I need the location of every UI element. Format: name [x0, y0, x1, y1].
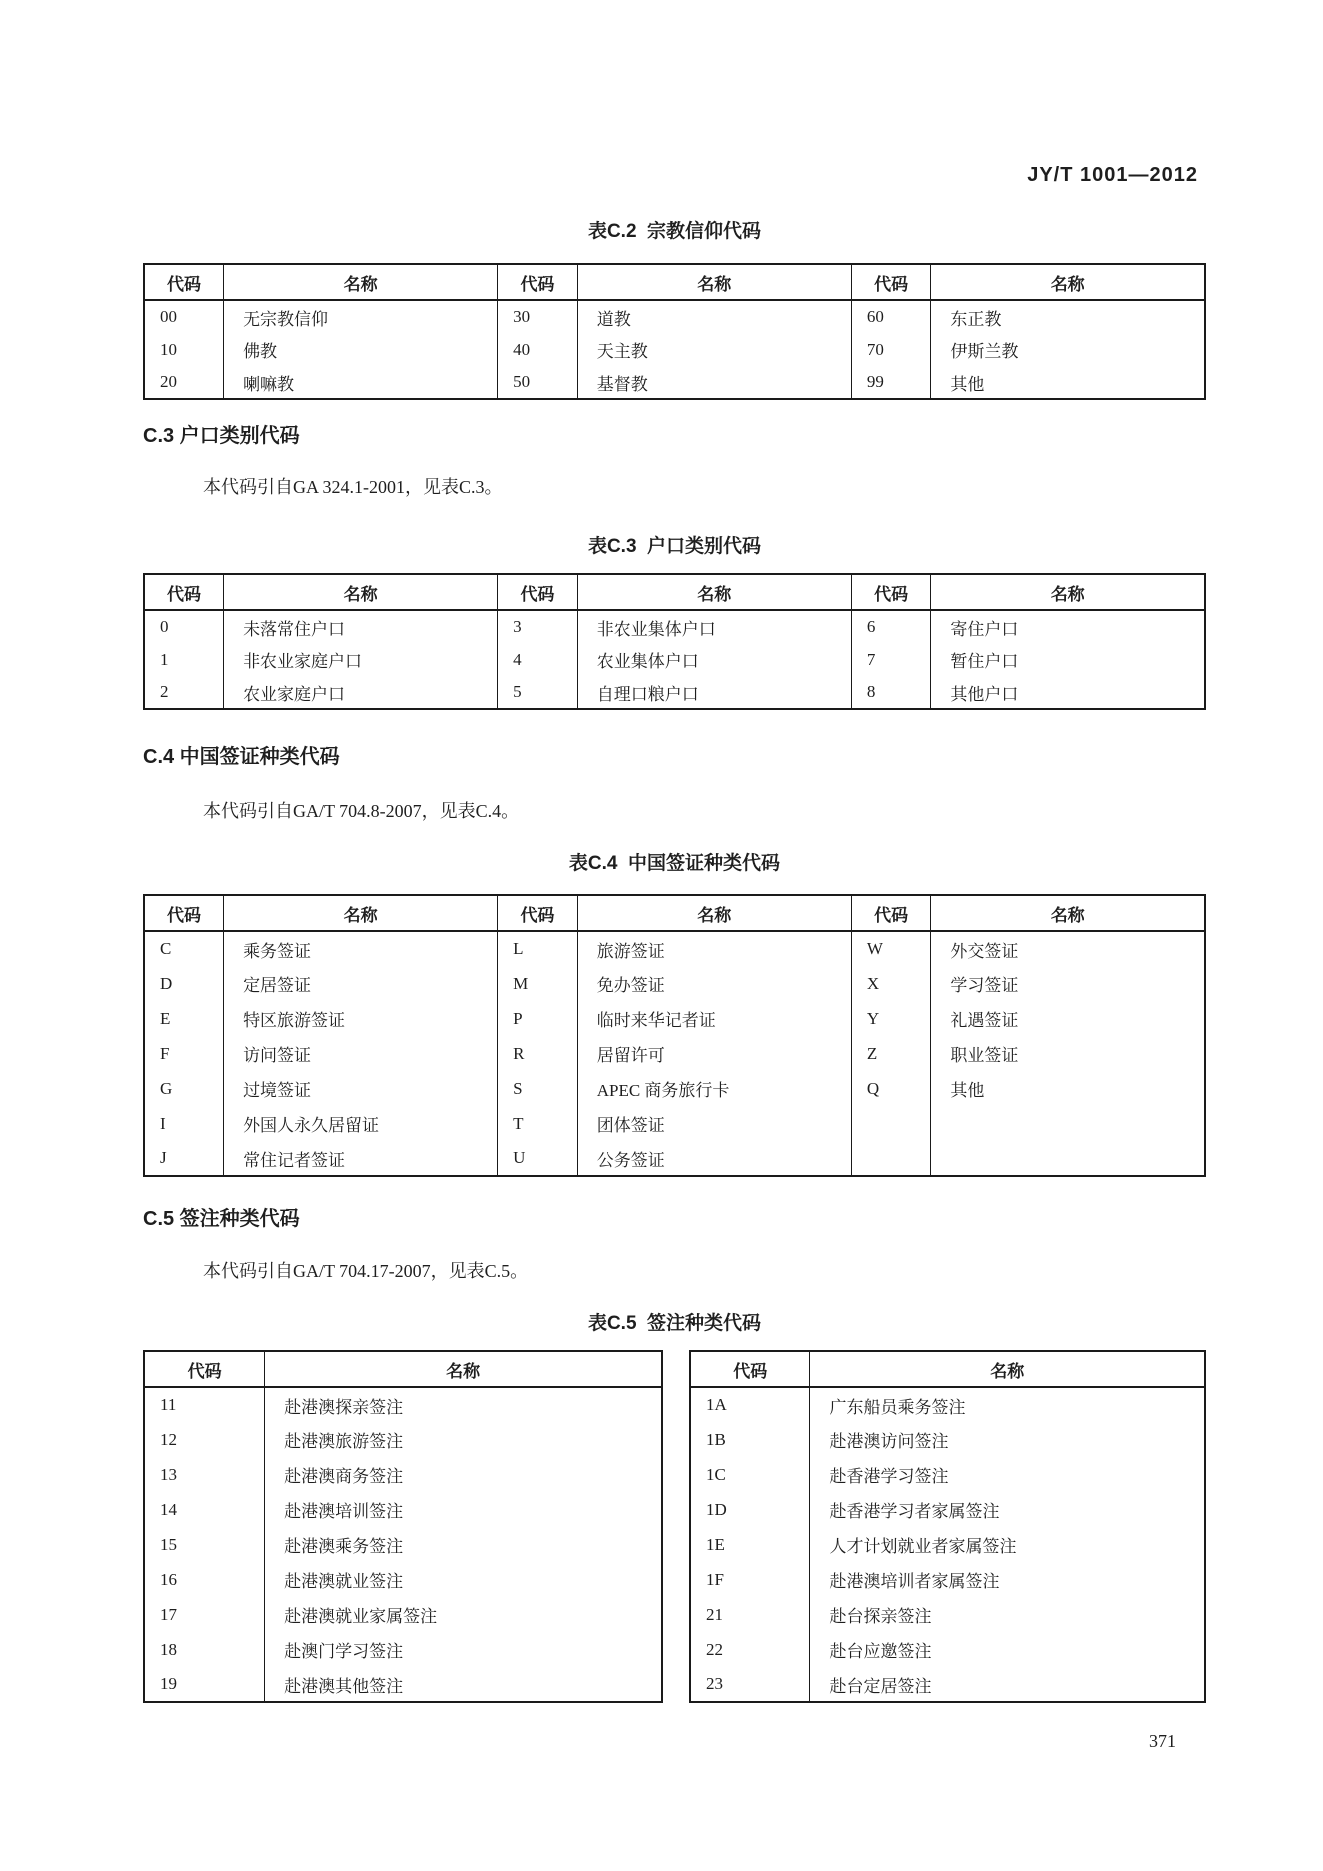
- name-cell: 天主教: [577, 333, 851, 366]
- column-header: 代码: [851, 574, 931, 610]
- table-row: 10佛教40天主教70伊斯兰教: [144, 333, 1205, 366]
- name-cell: 特区旅游签证: [224, 1001, 498, 1036]
- code-cell: 15: [144, 1527, 265, 1562]
- code-cell: 10: [144, 333, 224, 366]
- code-cell: 40: [498, 333, 578, 366]
- column-header: 代码: [144, 264, 224, 300]
- name-cell: 喇嘛教: [224, 366, 498, 399]
- code-cell: 60: [851, 300, 931, 333]
- code-cell: 21: [690, 1597, 810, 1632]
- code-cell: 18: [144, 1632, 265, 1667]
- code-cell: E: [144, 1001, 224, 1036]
- column-header: 名称: [577, 574, 851, 610]
- name-cell: 常住记者签证: [224, 1141, 498, 1176]
- table-c4: 代码名称代码名称代码名称C乘务签证L旅游签证W外交签证D定居签证M免办签证X学习…: [143, 894, 1206, 1177]
- code-cell: 1: [144, 643, 224, 676]
- table-row: I外国人永久居留证T团体签证: [144, 1106, 1205, 1141]
- name-cell: 基督教: [577, 366, 851, 399]
- code-cell: R: [498, 1036, 578, 1071]
- table-c2-title: 表C.2 宗教信仰代码: [143, 220, 1206, 244]
- name-cell: 其他: [931, 1071, 1205, 1106]
- code-cell: 5: [498, 676, 578, 709]
- column-header: 代码: [498, 574, 578, 610]
- name-cell: 道教: [577, 300, 851, 333]
- section-c3-heading: C.3 户口类别代码: [143, 424, 1206, 448]
- name-cell: 赴港澳就业家属签注: [265, 1597, 662, 1632]
- name-cell: 团体签证: [577, 1106, 851, 1141]
- name-cell: 赴港澳访问签注: [810, 1422, 1205, 1457]
- column-header: 代码: [144, 1351, 265, 1387]
- name-cell: 乘务签证: [224, 931, 498, 966]
- code-cell: J: [144, 1141, 224, 1176]
- column-header: 名称: [931, 574, 1205, 610]
- code-cell: 20: [144, 366, 224, 399]
- name-cell: 礼遇签证: [931, 1001, 1205, 1036]
- column-header: 名称: [931, 264, 1205, 300]
- code-cell: 30: [498, 300, 578, 333]
- column-header: 名称: [265, 1351, 662, 1387]
- table-c5-group: 代码名称11赴港澳探亲签注12赴港澳旅游签注13赴港澳商务签注14赴港澳培训签注…: [143, 1350, 1206, 1703]
- name-cell: 学习签证: [931, 966, 1205, 1001]
- table-row: 15赴港澳乘务签注: [144, 1527, 662, 1562]
- name-cell: 非农业集体户口: [577, 610, 851, 643]
- code-cell: 6: [851, 610, 931, 643]
- column-header: 名称: [224, 895, 498, 931]
- name-cell: 赴香港学习签注: [810, 1457, 1205, 1492]
- code-cell: 0: [144, 610, 224, 643]
- name-cell: 赴港澳旅游签注: [265, 1422, 662, 1457]
- table-c5-title: 表C.5 签注种类代码: [143, 1312, 1206, 1336]
- code-cell: 4: [498, 643, 578, 676]
- code-cell: 13: [144, 1457, 265, 1492]
- table-row: 0未落常住户口3非农业集体户口6寄住户口: [144, 610, 1205, 643]
- column-header: 代码: [690, 1351, 810, 1387]
- table-row: 1B赴港澳访问签注: [690, 1422, 1205, 1457]
- name-cell: [931, 1141, 1205, 1176]
- table-row: 1C赴香港学习签注: [690, 1457, 1205, 1492]
- code-cell: 1C: [690, 1457, 810, 1492]
- table-row: J常住记者签证U公务签证: [144, 1141, 1205, 1176]
- column-header: 代码: [851, 264, 931, 300]
- name-cell: 佛教: [224, 333, 498, 366]
- table-row: 2农业家庭户口5自理口粮户口8其他户口: [144, 676, 1205, 709]
- table-row: 18赴澳门学习签注: [144, 1632, 662, 1667]
- header-row: 代码名称代码名称代码名称: [144, 895, 1205, 931]
- name-cell: 赴台定居签注: [810, 1667, 1205, 1702]
- code-cell: U: [498, 1141, 578, 1176]
- name-cell: 农业集体户口: [577, 643, 851, 676]
- table-c4-title: 表C.4 中国签证种类代码: [143, 852, 1206, 876]
- name-cell: 赴港澳就业签注: [265, 1562, 662, 1597]
- name-cell: 赴澳门学习签注: [265, 1632, 662, 1667]
- table-row: E特区旅游签证P临时来华记者证Y礼遇签证: [144, 1001, 1205, 1036]
- code-cell: 23: [690, 1667, 810, 1702]
- name-cell: 赴港澳培训者家属签注: [810, 1562, 1205, 1597]
- header-row: 代码名称代码名称代码名称: [144, 264, 1205, 300]
- name-cell: 职业签证: [931, 1036, 1205, 1071]
- section-c3-intro: 本代码引自GA 324.1-2001，见表C.3。: [143, 476, 1206, 498]
- column-header: 代码: [498, 264, 578, 300]
- table-c2: 代码名称代码名称代码名称00无宗教信仰30道教60东正教10佛教40天主教70伊…: [143, 263, 1206, 400]
- column-header: 代码: [144, 574, 224, 610]
- table-row: 19赴港澳其他签注: [144, 1667, 662, 1702]
- code-cell: 17: [144, 1597, 265, 1632]
- code-cell: F: [144, 1036, 224, 1071]
- header-row: 代码名称: [690, 1351, 1205, 1387]
- table-c5-right: 代码名称1A广东船员乘务签注1B赴港澳访问签注1C赴香港学习签注1D赴香港学习者…: [689, 1350, 1206, 1703]
- code-cell: 50: [498, 366, 578, 399]
- name-cell: 赴台探亲签注: [810, 1597, 1205, 1632]
- name-cell: 人才计划就业者家属签注: [810, 1527, 1205, 1562]
- code-cell: S: [498, 1071, 578, 1106]
- column-header: 代码: [144, 895, 224, 931]
- table-row: 1D赴香港学习者家属签注: [690, 1492, 1205, 1527]
- name-cell: 农业家庭户口: [224, 676, 498, 709]
- code-cell: T: [498, 1106, 578, 1141]
- code-cell: Y: [851, 1001, 931, 1036]
- code-cell: 19: [144, 1667, 265, 1702]
- code-cell: 22: [690, 1632, 810, 1667]
- column-header: 名称: [931, 895, 1205, 931]
- column-header: 代码: [498, 895, 578, 931]
- code-cell: M: [498, 966, 578, 1001]
- column-header: 名称: [224, 264, 498, 300]
- code-cell: Q: [851, 1071, 931, 1106]
- code-cell: 1A: [690, 1387, 810, 1422]
- table-c3-title: 表C.3 户口类别代码: [143, 535, 1206, 559]
- name-cell: 伊斯兰教: [931, 333, 1205, 366]
- page-number: 371: [143, 1730, 1206, 1752]
- document-page: JY/T 1001—2012 表C.2 宗教信仰代码 代码名称代码名称代码名称0…: [0, 0, 1323, 1871]
- name-cell: 赴港澳探亲签注: [265, 1387, 662, 1422]
- name-cell: 未落常住户口: [224, 610, 498, 643]
- code-cell: 12: [144, 1422, 265, 1457]
- table-row: 00无宗教信仰30道教60东正教: [144, 300, 1205, 333]
- code-cell: 1E: [690, 1527, 810, 1562]
- name-cell: 临时来华记者证: [577, 1001, 851, 1036]
- table-row: 20喇嘛教50基督教99其他: [144, 366, 1205, 399]
- code-cell: 00: [144, 300, 224, 333]
- table-row: C乘务签证L旅游签证W外交签证: [144, 931, 1205, 966]
- name-cell: 旅游签证: [577, 931, 851, 966]
- table-row: 23赴台定居签注: [690, 1667, 1205, 1702]
- table-c3: 代码名称代码名称代码名称0未落常住户口3非农业集体户口6寄住户口1非农业家庭户口…: [143, 573, 1206, 710]
- name-cell: 赴台应邀签注: [810, 1632, 1205, 1667]
- name-cell: 赴港澳培训签注: [265, 1492, 662, 1527]
- table-row: 11赴港澳探亲签注: [144, 1387, 662, 1422]
- code-cell: G: [144, 1071, 224, 1106]
- code-cell: 14: [144, 1492, 265, 1527]
- name-cell: 其他户口: [931, 676, 1205, 709]
- section-c4-intro: 本代码引自GA/T 704.8-2007，见表C.4。: [143, 800, 1206, 822]
- header-row: 代码名称代码名称代码名称: [144, 574, 1205, 610]
- code-cell: 70: [851, 333, 931, 366]
- code-cell: C: [144, 931, 224, 966]
- column-header: 名称: [224, 574, 498, 610]
- column-header: 名称: [577, 264, 851, 300]
- code-cell: Z: [851, 1036, 931, 1071]
- table-row: 13赴港澳商务签注: [144, 1457, 662, 1492]
- code-cell: I: [144, 1106, 224, 1141]
- name-cell: 定居签证: [224, 966, 498, 1001]
- column-header: 名称: [810, 1351, 1205, 1387]
- code-cell: 99: [851, 366, 931, 399]
- table-row: F访问签证R居留许可Z职业签证: [144, 1036, 1205, 1071]
- table-c5-left: 代码名称11赴港澳探亲签注12赴港澳旅游签注13赴港澳商务签注14赴港澳培训签注…: [143, 1350, 663, 1703]
- code-cell: D: [144, 966, 224, 1001]
- name-cell: 过境签证: [224, 1071, 498, 1106]
- section-c5-intro: 本代码引自GA/T 704.17-2007，见表C.5。: [143, 1260, 1206, 1282]
- name-cell: 外国人永久居留证: [224, 1106, 498, 1141]
- name-cell: 赴港澳其他签注: [265, 1667, 662, 1702]
- table-row: D定居签证M免办签证X学习签证: [144, 966, 1205, 1001]
- code-cell: [851, 1106, 931, 1141]
- name-cell: 其他: [931, 366, 1205, 399]
- name-cell: 广东船员乘务签注: [810, 1387, 1205, 1422]
- table-row: 14赴港澳培训签注: [144, 1492, 662, 1527]
- name-cell: 寄住户口: [931, 610, 1205, 643]
- code-cell: 16: [144, 1562, 265, 1597]
- name-cell: 公务签证: [577, 1141, 851, 1176]
- name-cell: 外交签证: [931, 931, 1205, 966]
- code-cell: 8: [851, 676, 931, 709]
- code-cell: X: [851, 966, 931, 1001]
- table-row: 1F赴港澳培训者家属签注: [690, 1562, 1205, 1597]
- code-cell: P: [498, 1001, 578, 1036]
- code-cell: 11: [144, 1387, 265, 1422]
- name-cell: 赴港澳乘务签注: [265, 1527, 662, 1562]
- section-c4-heading: C.4 中国签证种类代码: [143, 745, 1206, 769]
- table-row: 22赴台应邀签注: [690, 1632, 1205, 1667]
- table-row: 21赴台探亲签注: [690, 1597, 1205, 1632]
- table-row: 1E人才计划就业者家属签注: [690, 1527, 1205, 1562]
- name-cell: 无宗教信仰: [224, 300, 498, 333]
- table-row: 12赴港澳旅游签注: [144, 1422, 662, 1457]
- name-cell: [931, 1106, 1205, 1141]
- name-cell: 非农业家庭户口: [224, 643, 498, 676]
- name-cell: 访问签证: [224, 1036, 498, 1071]
- code-cell: 2: [144, 676, 224, 709]
- code-cell: [851, 1141, 931, 1176]
- header-row: 代码名称: [144, 1351, 662, 1387]
- column-header: 名称: [577, 895, 851, 931]
- name-cell: 赴香港学习者家属签注: [810, 1492, 1205, 1527]
- table-row: 16赴港澳就业签注: [144, 1562, 662, 1597]
- table-row: 1非农业家庭户口4农业集体户口7暂住户口: [144, 643, 1205, 676]
- name-cell: 免办签证: [577, 966, 851, 1001]
- code-cell: 7: [851, 643, 931, 676]
- code-cell: L: [498, 931, 578, 966]
- code-cell: W: [851, 931, 931, 966]
- name-cell: 自理口粮户口: [577, 676, 851, 709]
- code-cell: 3: [498, 610, 578, 643]
- name-cell: 暂住户口: [931, 643, 1205, 676]
- code-cell: 1D: [690, 1492, 810, 1527]
- doc-number: JY/T 1001—2012: [143, 0, 1206, 187]
- code-cell: 1F: [690, 1562, 810, 1597]
- code-cell: 1B: [690, 1422, 810, 1457]
- name-cell: APEC 商务旅行卡: [577, 1071, 851, 1106]
- section-c5-heading: C.5 签注种类代码: [143, 1207, 1206, 1231]
- name-cell: 东正教: [931, 300, 1205, 333]
- table-row: 1A广东船员乘务签注: [690, 1387, 1205, 1422]
- name-cell: 赴港澳商务签注: [265, 1457, 662, 1492]
- table-row: 17赴港澳就业家属签注: [144, 1597, 662, 1632]
- name-cell: 居留许可: [577, 1036, 851, 1071]
- column-header: 代码: [851, 895, 931, 931]
- table-row: G过境签证SAPEC 商务旅行卡Q其他: [144, 1071, 1205, 1106]
